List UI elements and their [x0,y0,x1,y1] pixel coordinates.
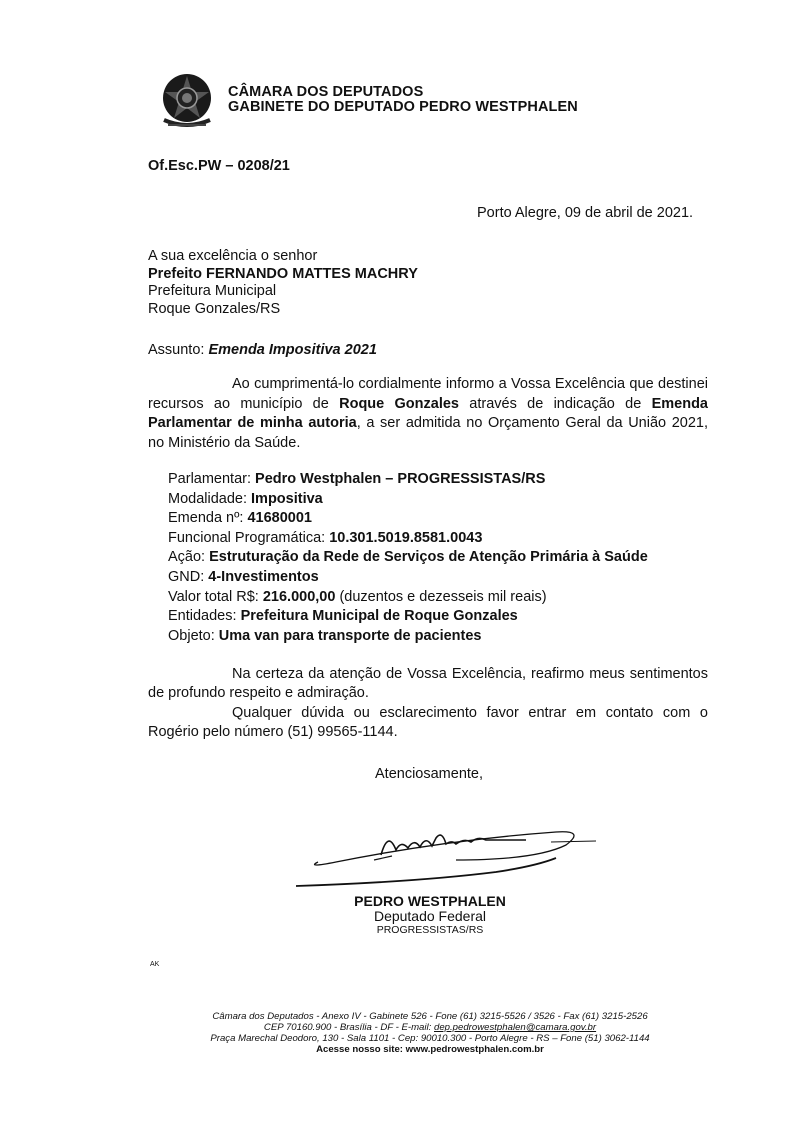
detail-row: Parlamentar: Pedro Westphalen – PROGRESS… [168,470,648,490]
detail-row: Modalidade: Impositiva [168,490,648,510]
detail-label: Emenda nº: [168,510,247,526]
subject-label: Assunto: [148,342,208,358]
detail-label: GND: [168,569,208,585]
detail-value: 216.000,00 [263,589,336,605]
amendment-details: Parlamentar: Pedro Westphalen – PROGRESS… [168,470,648,646]
footer-address-brasilia: Câmara dos Deputados - Anexo IV - Gabine… [150,1011,710,1022]
detail-label: Objeto: [168,628,219,644]
detail-row: GND: 4-Investimentos [168,568,648,588]
closing: Atenciosamente, [375,766,483,782]
subject-value: Emenda Impositiva 2021 [208,342,376,358]
signer-name: PEDRO WESTPHALEN [300,893,560,909]
addressee-name: Prefeito FERNANDO MATTES MACHRY [148,266,418,284]
detail-value: Prefeitura Municipal de Roque Gonzales [241,608,518,624]
brazil-coat-of-arms-icon [158,70,216,132]
detail-value: Impositiva [251,491,323,507]
footer-cep: CEP 70160.900 - Brasília - DF - E-mail: [264,1022,434,1033]
detail-label: Parlamentar: [168,471,255,487]
detail-label: Ação: [168,549,209,565]
letterhead-office: GABINETE DO DEPUTADO PEDRO WESTPHALEN [228,100,578,115]
letterhead-institution: CÂMARA DOS DEPUTADOS [228,85,578,100]
paragraph-text: Qualquer dúvida ou esclarecimento favor … [148,705,708,740]
detail-row: Valor total R$: 216.000,00 (duzentos e d… [168,588,648,608]
addressee-org: Prefeitura Municipal [148,283,418,301]
addressee-city: Roque Gonzales/RS [148,301,418,319]
detail-value: 4-Investimentos [208,569,318,585]
subject-line: Assunto: Emenda Impositiva 2021 [148,342,377,358]
detail-row: Ação: Estruturação da Rede de Serviços d… [168,548,648,568]
detail-row: Objeto: Uma van para transporte de pacie… [168,627,648,647]
detail-value: Uma van para transporte de pacientes [219,628,482,644]
municipality-name: Roque Gonzales [339,396,459,412]
paragraph-text: Na certeza da atenção de Vossa Excelênci… [148,666,708,701]
detail-value: 41680001 [247,510,312,526]
document-date: Porto Alegre, 09 de abril de 2021. [477,205,693,221]
detail-label: Modalidade: [168,491,251,507]
footer-email-link[interactable]: dep.pedrowestphalen@camara.gov.br [434,1022,596,1033]
footer-address-porto-alegre: Praça Marechal Deodoro, 130 - Sala 1101 … [150,1033,710,1044]
body-paragraph-2: Na certeza da atenção de Vossa Excelênci… [148,665,708,703]
detail-label: Entidades: [168,608,241,624]
detail-value: Estruturação da Rede de Serviços de Aten… [209,549,648,565]
detail-label: Funcional Programática: [168,530,329,546]
addressee-block: A sua excelência o senhor Prefeito FERNA… [148,248,418,318]
detail-row: Funcional Programática: 10.301.5019.8581… [168,529,648,549]
detail-row: Emenda nº: 41680001 [168,509,648,529]
addressee-salutation: A sua excelência o senhor [148,248,418,266]
signature [296,810,596,890]
footer-contact: CEP 70160.900 - Brasília - DF - E-mail: … [150,1022,710,1033]
body-paragraph-3: Qualquer dúvida ou esclarecimento favor … [148,704,708,742]
detail-row: Entidades: Prefeitura Municipal de Roque… [168,607,648,627]
signer-role: Deputado Federal [300,909,560,924]
signer-block: PEDRO WESTPHALEN Deputado Federal PROGRE… [300,893,560,937]
detail-value: Pedro Westphalen – PROGRESSISTAS/RS [255,471,545,487]
footer: Câmara dos Deputados - Anexo IV - Gabine… [150,1011,710,1055]
detail-value: 10.301.5019.8581.0043 [329,530,482,546]
paragraph-text: através de indicação de [459,396,652,412]
typist-initials: AK [150,961,159,968]
footer-website-link[interactable]: Acesse nosso site: www.pedrowestphalen.c… [150,1044,710,1055]
document-reference: Of.Esc.PW – 0208/21 [148,158,290,174]
letterhead: CÂMARA DOS DEPUTADOS GABINETE DO DEPUTAD… [228,85,578,115]
detail-extra: (duzentos e dezesseis mil reais) [335,589,546,605]
signer-party: PROGRESSISTAS/RS [300,924,560,937]
detail-label: Valor total R$: [168,589,263,605]
body-paragraph-1: Ao cumprimentá-lo cordialmente informo a… [148,375,708,453]
